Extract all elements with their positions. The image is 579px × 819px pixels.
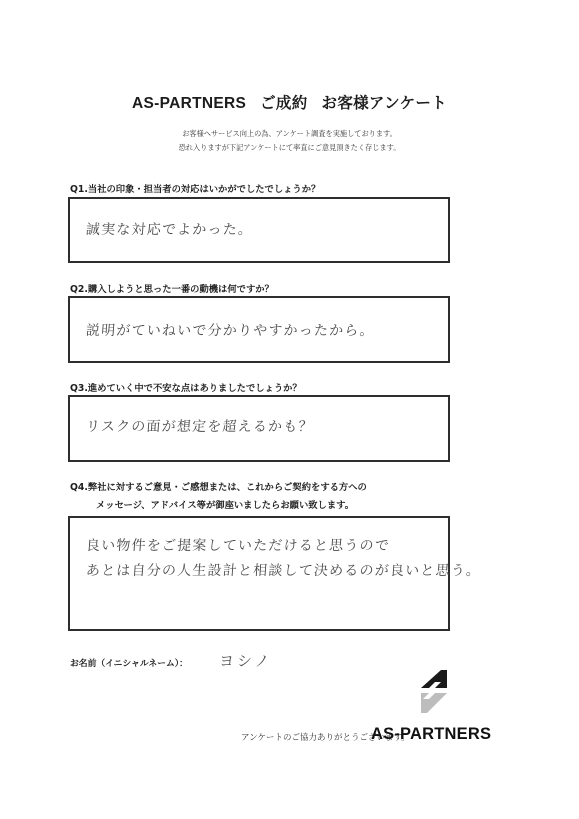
title-brand: AS-PARTNERS [132,95,246,112]
question-4-label: Q4.弊社に対するご意見・ご感想または、これからご契約をする方への [70,479,367,493]
name-label: お名前（イニシャルネーム）： [70,656,188,669]
intro-line-1: お客様へサービス向上の為、アンケート調査を実施しております。 [0,129,579,139]
question-2-answer-text: 説明がていねいで分かりやすかったから。 [85,320,375,340]
question-3-label: Q3.進めていく中で不安な点はありましたでしょうか？ [70,380,302,394]
question-4-answer-line-1: 良い物件をご提案していただけると思うので [85,535,390,555]
question-1-answer-box[interactable]: 誠実な対応でよかった。 [68,197,450,263]
footer-brand: AS-PARTNERS [371,725,491,744]
name-value[interactable]: ヨシノ [219,650,272,671]
question-1-answer-text: 誠実な対応でよかった。 [85,219,254,239]
question-2-label: Q2.購入しようと思った一番の動機は何ですか？ [70,281,274,295]
intro-line-2: 恐れ入りますが下記アンケートにて率直にご意見頂きたく存じます。 [0,143,579,153]
survey-title: AS-PARTNERSご成約お客様アンケート [0,91,579,113]
as-partners-logo-icon [421,670,453,716]
question-2-answer-box[interactable]: 説明がていねいで分かりやすかったから。 [68,296,450,363]
question-1-label: Q1.当社の印象・担当者の対応はいかがでしたでしょうか？ [70,181,320,195]
title-contract: ご成約 [260,95,307,112]
question-4-answer-box[interactable]: 良い物件をご提案していただけると思うので あとは自分の人生設計と相談して決めるの… [68,516,450,631]
title-survey: お客様アンケート [322,95,447,112]
question-3-answer-text: リスクの面が想定を超えるかも？ [85,416,314,436]
question-4-label-line-2: メッセージ、アドバイス等が御座いましたらお願い致します。 [96,497,354,511]
question-3-answer-box[interactable]: リスクの面が想定を超えるかも？ [68,395,450,462]
question-4-answer-line-2: あとは自分の人生設計と相談して決めるのが良いと思う。 [85,560,482,580]
